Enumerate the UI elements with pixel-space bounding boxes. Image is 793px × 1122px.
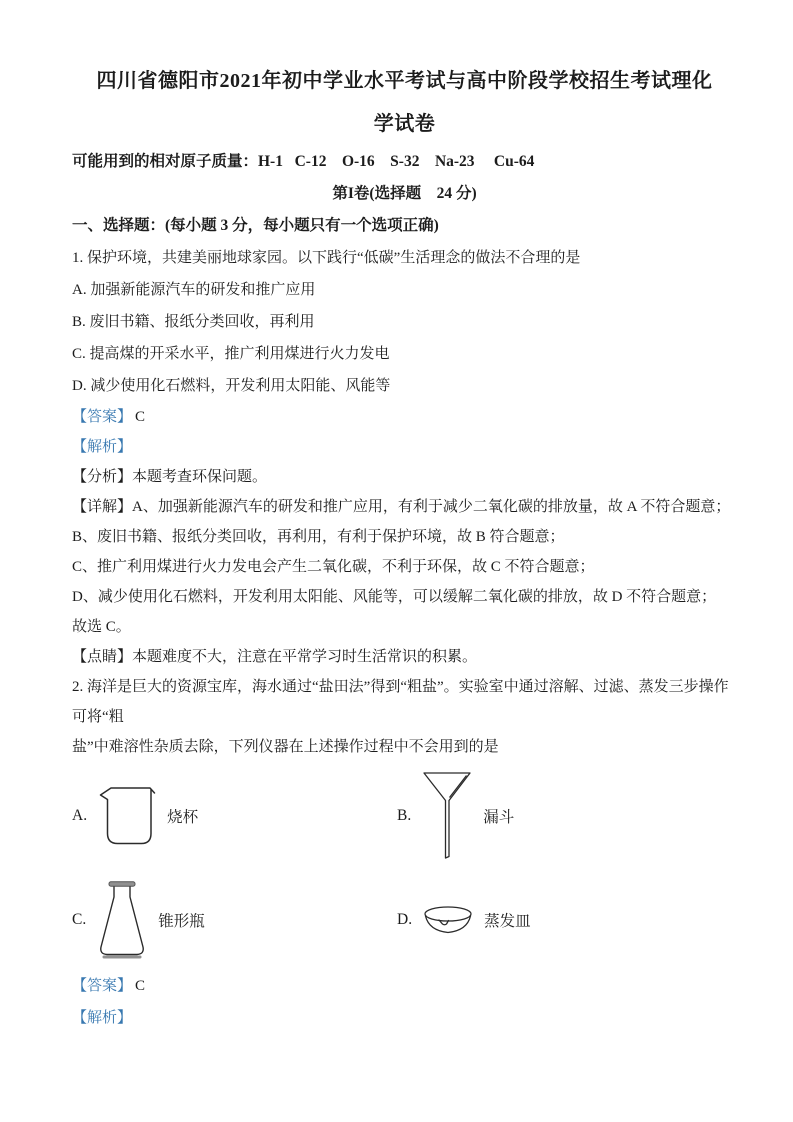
q1-option-d: D. 减少使用化石燃料，开发利用太阳能、风能等 xyxy=(72,370,737,402)
q2-options-row-2: C. 锥形瓶 D. xyxy=(72,870,737,970)
q1-detail-row-b: B、废旧书籍、报纸分类回收，再利用，有利于保护环境，故 B 符合题意； xyxy=(72,522,737,552)
q1-jiexi-row: 【解析】 xyxy=(72,432,737,462)
q1-answer-row: 【答案】C xyxy=(72,402,737,432)
q2-option-a-name: 烧杯 xyxy=(167,805,198,827)
q1-stem: 1. 保护环境，共建美丽地球家园。以下践行“低碳”生活理念的做法不合理的是 xyxy=(72,242,737,274)
q2-jiexi-row: 【解析】 xyxy=(72,1002,737,1034)
q1-conclusion: 故选 C。 xyxy=(72,612,737,642)
exam-title: 四川省德阳市2021年初中学业水平考试与高中阶段学校招生考试理化 学试卷 xyxy=(72,60,737,146)
q2-option-b-name: 漏斗 xyxy=(483,805,514,827)
q2-stem-line2: 盐”中难溶性杂质去除，下列仪器在上述操作过程中不会用到的是 xyxy=(72,732,737,762)
q2-option-b-label: B. xyxy=(397,807,411,825)
q2-option-a-label: A. xyxy=(72,807,87,825)
q1-answer-label: 【答案】 xyxy=(72,409,132,425)
exam-title-line1: 四川省德阳市2021年初中学业水平考试与高中阶段学校招生考试理化 xyxy=(72,60,737,103)
q2-options-row-1: A. 烧杯 B. 漏斗 xyxy=(72,762,737,870)
beaker-icon xyxy=(98,785,156,847)
q2-option-c-label: C. xyxy=(72,911,86,929)
page-content: 四川省德阳市2021年初中学业水平考试与高中阶段学校招生考试理化 学试卷 可能用… xyxy=(0,0,793,1034)
q1-option-a: A. 加强新能源汽车的研发和推广应用 xyxy=(72,274,737,306)
q2-option-d: D. 蒸发皿 xyxy=(397,870,737,970)
atomic-mass-note: 可能用到的相对原子质量：H-1 C-12 O-16 S-32 Na-23 Cu-… xyxy=(72,146,737,178)
exam-paper-page: 四川省德阳市2021年初中学业水平考试与高中阶段学校招生考试理化 学试卷 可能用… xyxy=(0,0,793,1122)
section-i-header: 第I卷(选择题 24 分) xyxy=(72,178,737,210)
q1-jiexi-label: 【解析】 xyxy=(72,439,132,455)
q2-option-a: A. 烧杯 xyxy=(72,762,397,870)
q1-option-b: B. 废旧书籍、报纸分类回收，再利用 xyxy=(72,306,737,338)
q1-analysis-label: 【分析】 xyxy=(72,469,132,485)
q2-option-c-name: 锥形瓶 xyxy=(158,909,205,931)
q1-tip-label: 【点睛】 xyxy=(72,649,132,665)
q1-answer-value: C xyxy=(135,409,145,425)
q2-answer-value: C xyxy=(135,978,145,994)
conical-flask-icon xyxy=(97,881,147,959)
q2-option-c: C. 锥形瓶 xyxy=(72,870,397,970)
q1-detail-row-d: D、减少使用化石燃料，开发利用太阳能、风能等，可以缓解二氧化碳的排放，故 D 不… xyxy=(72,582,737,612)
exam-title-line2: 学试卷 xyxy=(72,103,737,146)
multiple-choice-header: 一、选择题：(每小题 3 分，每小题只有一个选项正确) xyxy=(72,210,737,242)
q1-detail-label: 【详解】 xyxy=(72,499,132,515)
q2-option-d-label: D. xyxy=(397,911,412,929)
q2-stem-line1: 2. 海洋是巨大的资源宝库，海水通过“盐田法”得到“粗盐”。实验室中通过溶解、过… xyxy=(72,672,737,732)
evaporating-dish-icon xyxy=(423,905,473,935)
q1-detail-row-c: C、推广利用煤进行火力发电会产生二氧化碳，不利于环保，故 C 不符合题意； xyxy=(72,552,737,582)
q1-analysis-row: 【分析】本题考查环保问题。 xyxy=(72,462,737,492)
q2-answer-label: 【答案】 xyxy=(72,978,132,994)
q1-tip-row: 【点睛】本题难度不大，注意在平常学习时生活常识的积累。 xyxy=(72,642,737,672)
funnel-icon xyxy=(422,771,472,861)
q1-tip-text: 本题难度不大，注意在平常学习时生活常识的积累。 xyxy=(132,649,477,665)
q1-detail-row-a: 【详解】A、加强新能源汽车的研发和推广应用，有利于减少二氧化碳的排放量，故 A … xyxy=(72,492,737,522)
q1-analysis-text: 本题考查环保问题。 xyxy=(132,469,267,485)
q1-option-c: C. 提高煤的开采水平，推广利用煤进行火力发电 xyxy=(72,338,737,370)
q2-option-d-name: 蒸发皿 xyxy=(484,909,531,931)
q2-option-b: B. 漏斗 xyxy=(397,762,737,870)
q2-jiexi-label: 【解析】 xyxy=(72,1010,132,1026)
q1-detail-a-text: A、加强新能源汽车的研发和推广应用，有利于减少二氧化碳的排放量，故 A 不符合题… xyxy=(132,499,730,515)
q2-answer-row: 【答案】C xyxy=(72,970,737,1002)
